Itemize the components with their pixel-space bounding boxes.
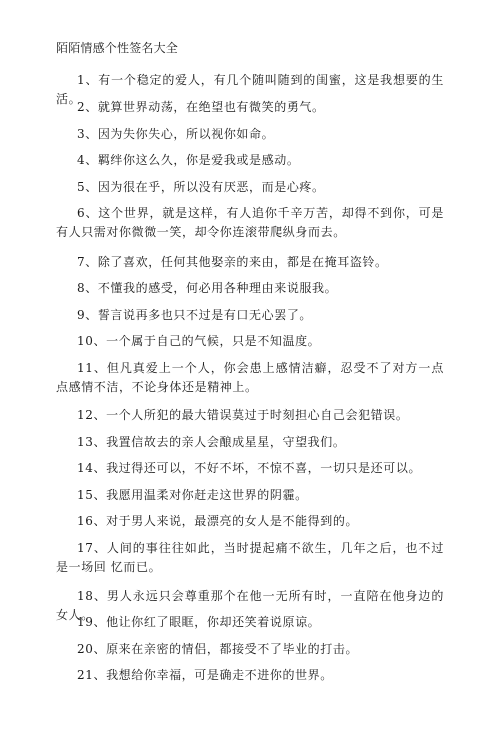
signature-item-17: 17、人间的事往往如此，当时提起痛不欲生，几年之后，也不过是一场回 忆而已。 [56,539,444,577]
signature-item-2: 2、就算世界动荡，在绝望也有微笑的勇气。 [56,98,444,117]
signature-item-14: 14、我过得还可以，不好不坏，不惊不喜，一切只是还可以。 [56,459,444,478]
signature-item-20: 20、原来在亲密的情侣，都接受不了毕业的打击。 [56,640,444,659]
signature-item-11: 11、但凡真爱上一个人，你会患上感情洁癖，忍受不了对方一点点感情不洁，不论身体还… [56,359,444,397]
signature-item-7: 7、除了喜欢，任何其他娶亲的来由，都是在掩耳盗铃。 [56,253,444,272]
document-title: 陌陌情感个性签名大全 [56,40,178,56]
signature-item-16: 16、对于男人来说，最漂亮的女人是不能得到的。 [56,512,444,531]
signature-item-5: 5、因为很在乎，所以没有厌恶，而是心疼。 [56,178,444,197]
signature-item-8: 8、不懂我的感受，何必用各种理由来说服我。 [56,279,444,298]
signature-item-10: 10、一个属于自己的气候，只是不知温度。 [56,332,444,351]
signature-item-12: 12、一个人所犯的最大错误莫过于时刻担心自己会犯错误。 [56,406,444,425]
signature-item-19: 19、他让你红了眼眶，你却还笑着说原谅。 [56,613,444,632]
document-page: 陌陌情感个性签名大全 1、有一个稳定的爱人，有几个随叫随到的闺蜜，这是我想要的生… [0,0,500,747]
signature-item-13: 13、我置信故去的亲人会酿成星星，守望我们。 [56,433,444,452]
signature-item-15: 15、我愿用温柔对你赶走这世界的阴霾。 [56,486,444,505]
signature-item-3: 3、因为失你失心，所以视你如命。 [56,125,444,144]
signature-item-9: 9、誓言说再多也只不过是有口无心罢了。 [56,306,444,325]
signature-item-6: 6、这个世界，就是这样，有人追你千辛万苦，却得不到你，可是有人只需对你微微一笑，… [56,204,444,242]
signature-item-21: 21、我想给你幸福，可是确走不进你的世界。 [56,666,444,685]
signature-item-4: 4、羁绊你这么久，你是爱我或是感动。 [56,151,444,170]
